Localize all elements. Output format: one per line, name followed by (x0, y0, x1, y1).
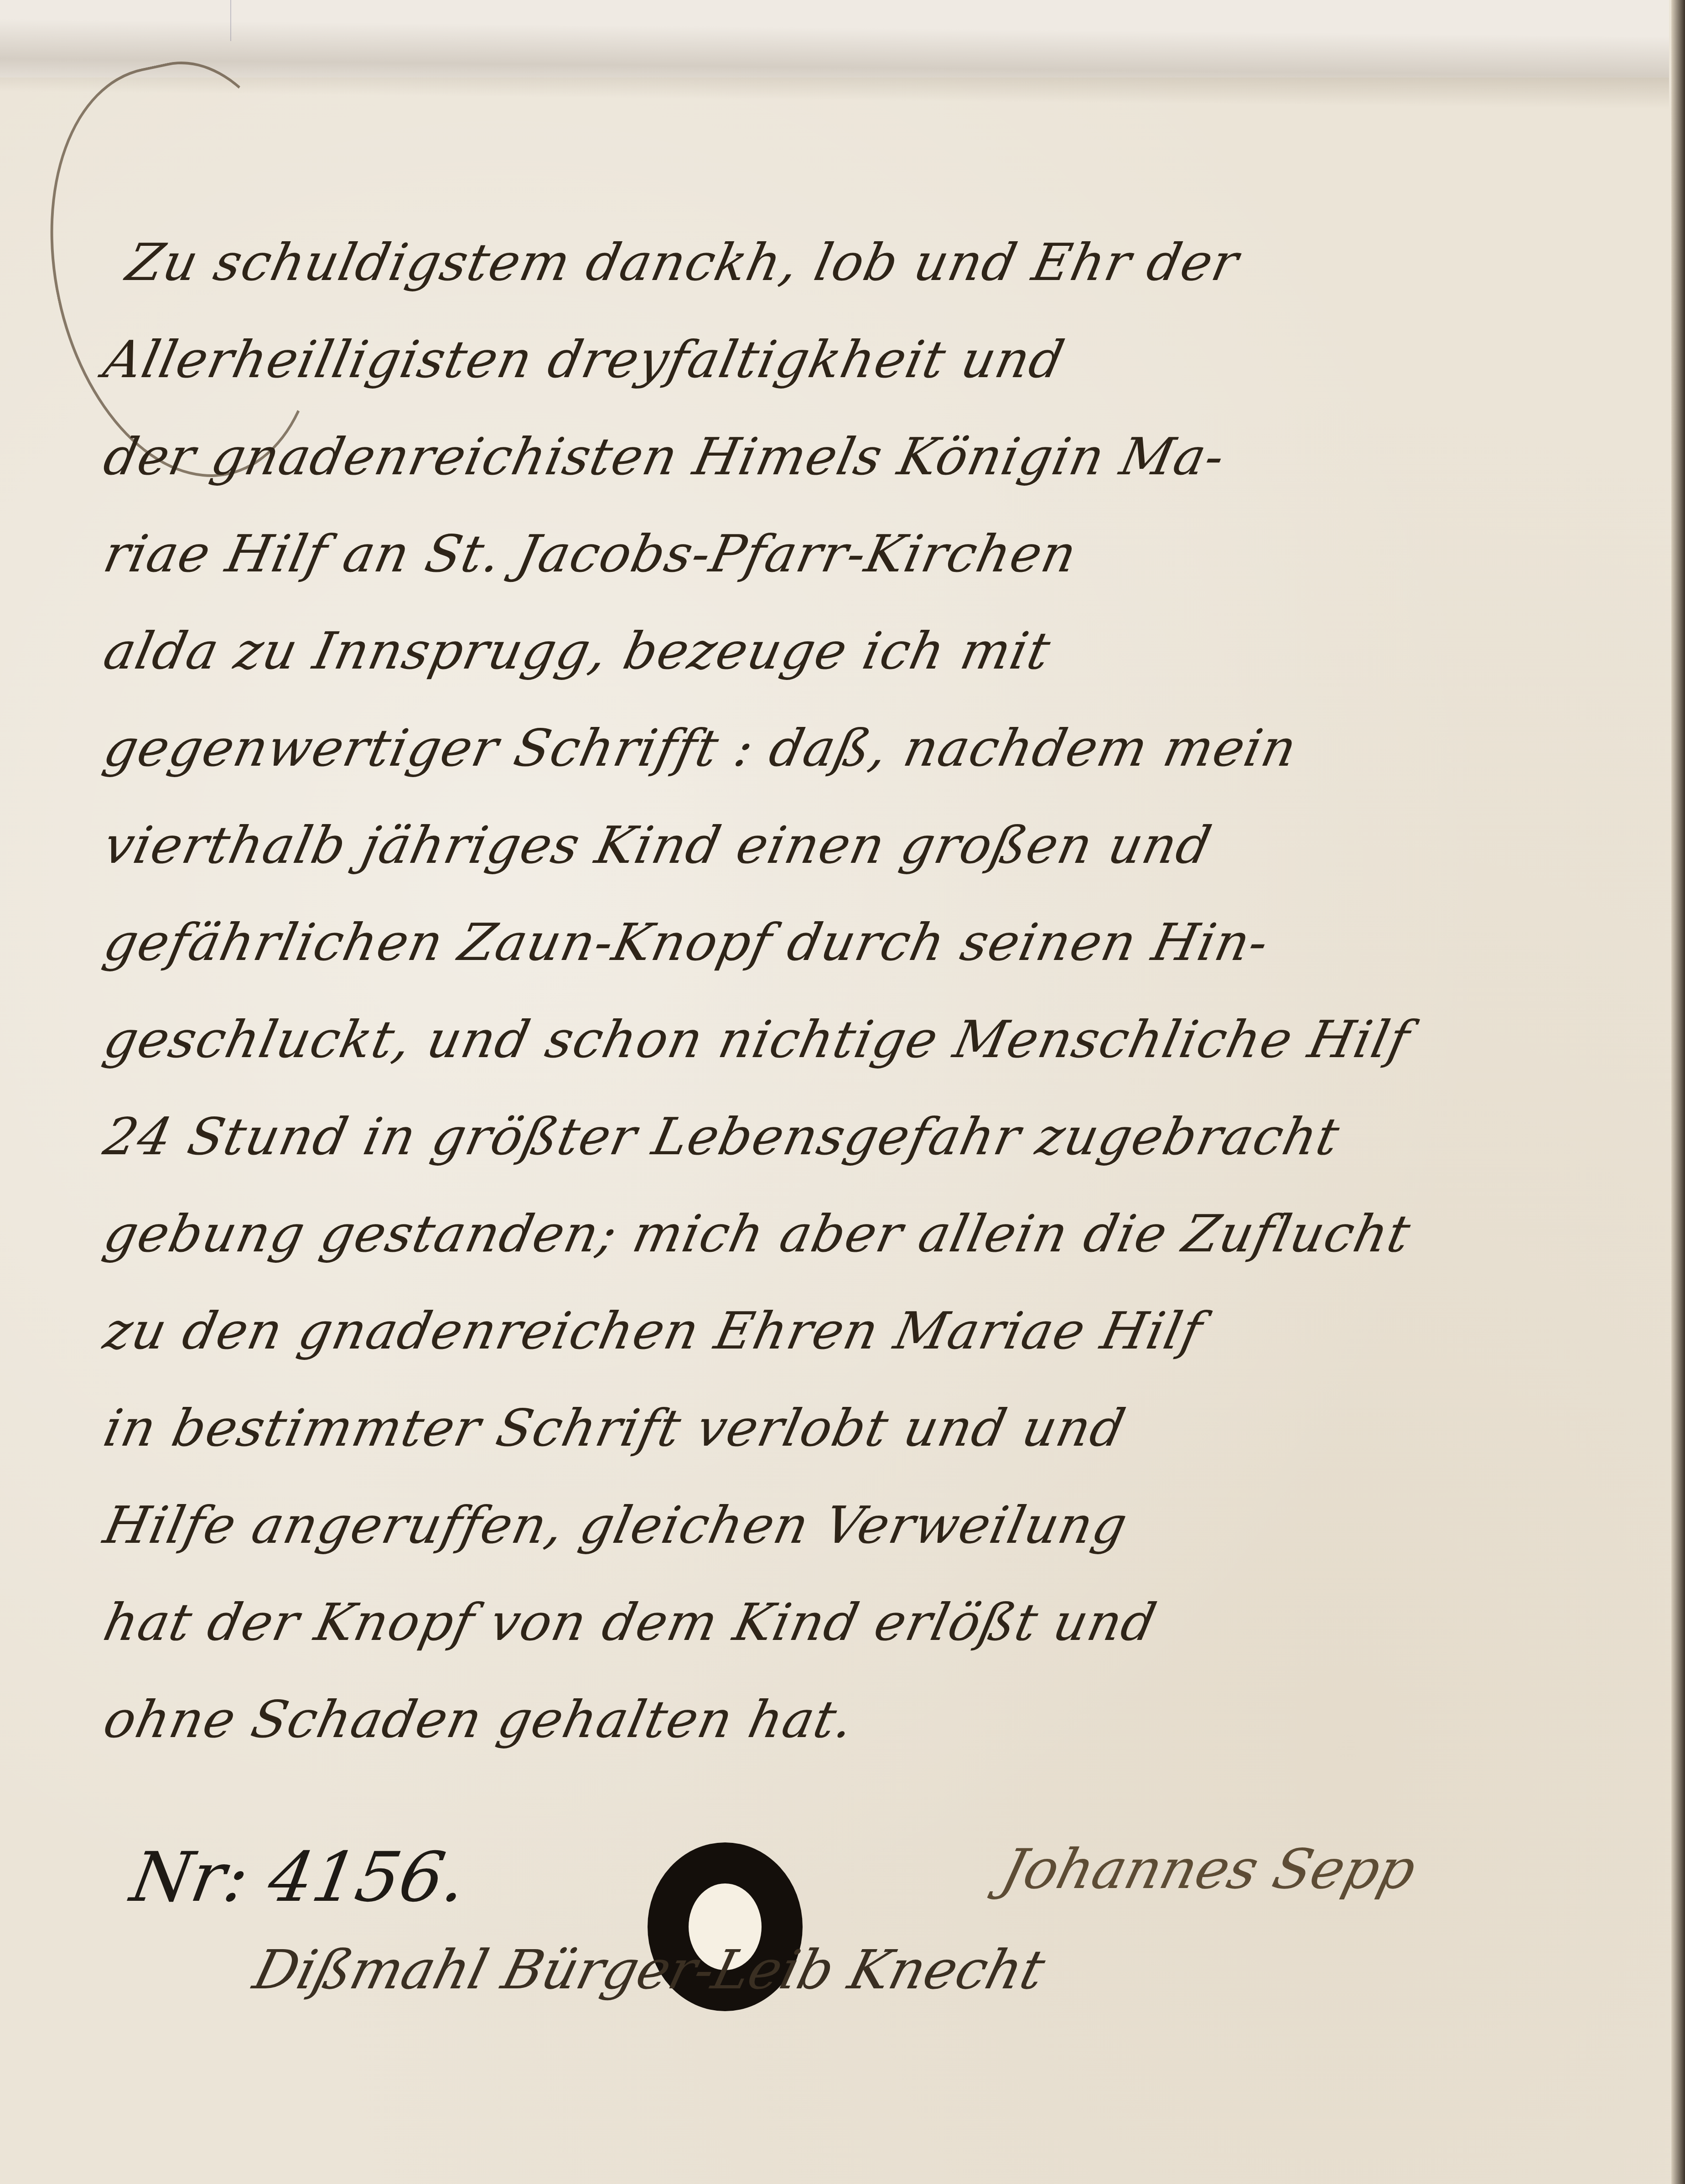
paper-right-edge (1671, 0, 1685, 2184)
text-line: gegenwertiger Schrifft : daß, nachdem me… (81, 700, 1629, 797)
text-line: Hilfe angeruffen, gleichen Verweilung (81, 1477, 1629, 1574)
text-line: Zu schuldigstem danckh, lob und Ehr der (81, 214, 1629, 311)
ruling-line (230, 0, 231, 41)
text-line: gefährlichen Zaun-Knopf durch seinen Hin… (81, 894, 1629, 991)
text-line: der gnadenreichisten Himels Königin Ma- (81, 409, 1629, 506)
text-line: Allerheilligisten dreyfaltigkheit und (81, 311, 1629, 409)
signature-name: Johannes Sepp (995, 1838, 1422, 1901)
text-line: alda zu Innsprugg, bezeuge ich mit (81, 603, 1629, 700)
text-line: in bestimmter Schrift verlobt und und (81, 1380, 1629, 1477)
signature-role: Dißmahl Bürger-Leib Knecht (248, 1938, 1051, 2001)
letter-body: Zu schuldigstem danckh, lob und Ehr der … (91, 214, 1619, 1769)
text-line: zu den gnadenreichen Ehren Mariae Hilf (81, 1283, 1629, 1380)
text-line: ohne Schaden gehalten hat. (81, 1671, 1629, 1769)
text-line: vierthalb jähriges Kind einen großen und (81, 797, 1629, 894)
parchment-sheet: Zu schuldigstem danckh, lob und Ehr der … (0, 0, 1685, 2184)
archive-number: Nr: 4156. (125, 1838, 472, 1917)
text-line: hat der Knopf von dem Kind erlößt und (81, 1574, 1629, 1671)
text-line: gebung gestanden; mich aber allein die Z… (81, 1186, 1629, 1283)
text-line: riae Hilf an St. Jacobs-Pfarr-Kirchen (81, 506, 1629, 603)
text-line: geschluckt, und schon nichtige Menschlic… (81, 991, 1629, 1089)
text-line: 24 Stund in größter Lebensgefahr zugebra… (81, 1089, 1629, 1186)
